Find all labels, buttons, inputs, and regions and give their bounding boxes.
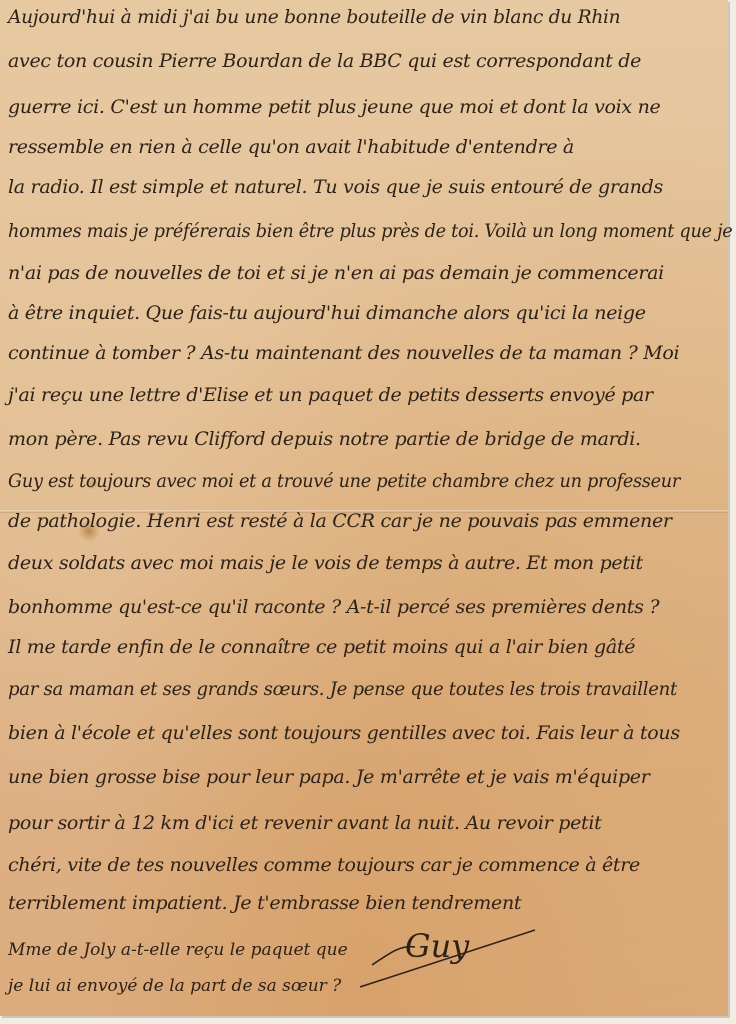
signature: Guy [360,925,540,995]
letter-line: chéri, vite de tes nouvelles comme toujo… [8,854,640,876]
letter-line: bonhomme qu'est-ce qu'il raconte ? A-t-i… [8,596,659,618]
letter-line: Aujourd'hui à midi j'ai bu une bonne bou… [8,6,620,28]
letter-line: la radio. Il est simple et naturel. Tu v… [8,176,663,198]
letter-line: continue à tomber ? As-tu maintenant des… [8,342,679,364]
letter-line: Guy est toujours avec moi et a trouvé un… [8,470,680,492]
signature-name: Guy [405,927,469,965]
letter-line: à être inquiet. Que fais-tu aujourd'hui … [8,302,646,324]
letter-line: par sa maman et ses grands sœurs. Je pen… [8,678,677,700]
letter-line: ressemble en rien à celle qu'on avait l'… [8,136,574,158]
letter-line: Il me tarde enfin de le connaître ce pet… [8,636,635,658]
letter-line: pour sortir à 12 km d'ici et revenir ava… [8,812,601,834]
letter-line: guerre ici. C'est un homme petit plus je… [8,96,660,118]
letter-line: j'ai reçu une lettre d'Elise et un paque… [8,384,653,406]
letter-line: mon père. Pas revu Clifford depuis notre… [8,428,641,450]
letter-line: deux soldats avec moi mais je le vois de… [8,552,643,574]
letter-line: une bien grosse bise pour leur papa. Je … [8,766,650,788]
postscript-line: je lui ai envoyé de la part de sa sœur ? [8,976,341,996]
letter-line: n'ai pas de nouvelles de toi et si je n'… [8,262,664,284]
letter-line: hommes mais je préférerais bien être plu… [8,220,732,242]
letter-line: avec ton cousin Pierre Bourdan de la BBC… [8,50,641,72]
letter-page: Aujourd'hui à midi j'ai bu une bonne bou… [0,0,728,1016]
letter-line: de pathologie. Henri est resté à la CCR … [8,510,672,532]
letter-line: terriblement impatient. Je t'embrasse bi… [8,892,521,914]
letter-line: bien à l'école et qu'elles sont toujours… [8,722,680,744]
postscript-line: Mme de Joly a-t-elle reçu le paquet que [8,940,348,960]
